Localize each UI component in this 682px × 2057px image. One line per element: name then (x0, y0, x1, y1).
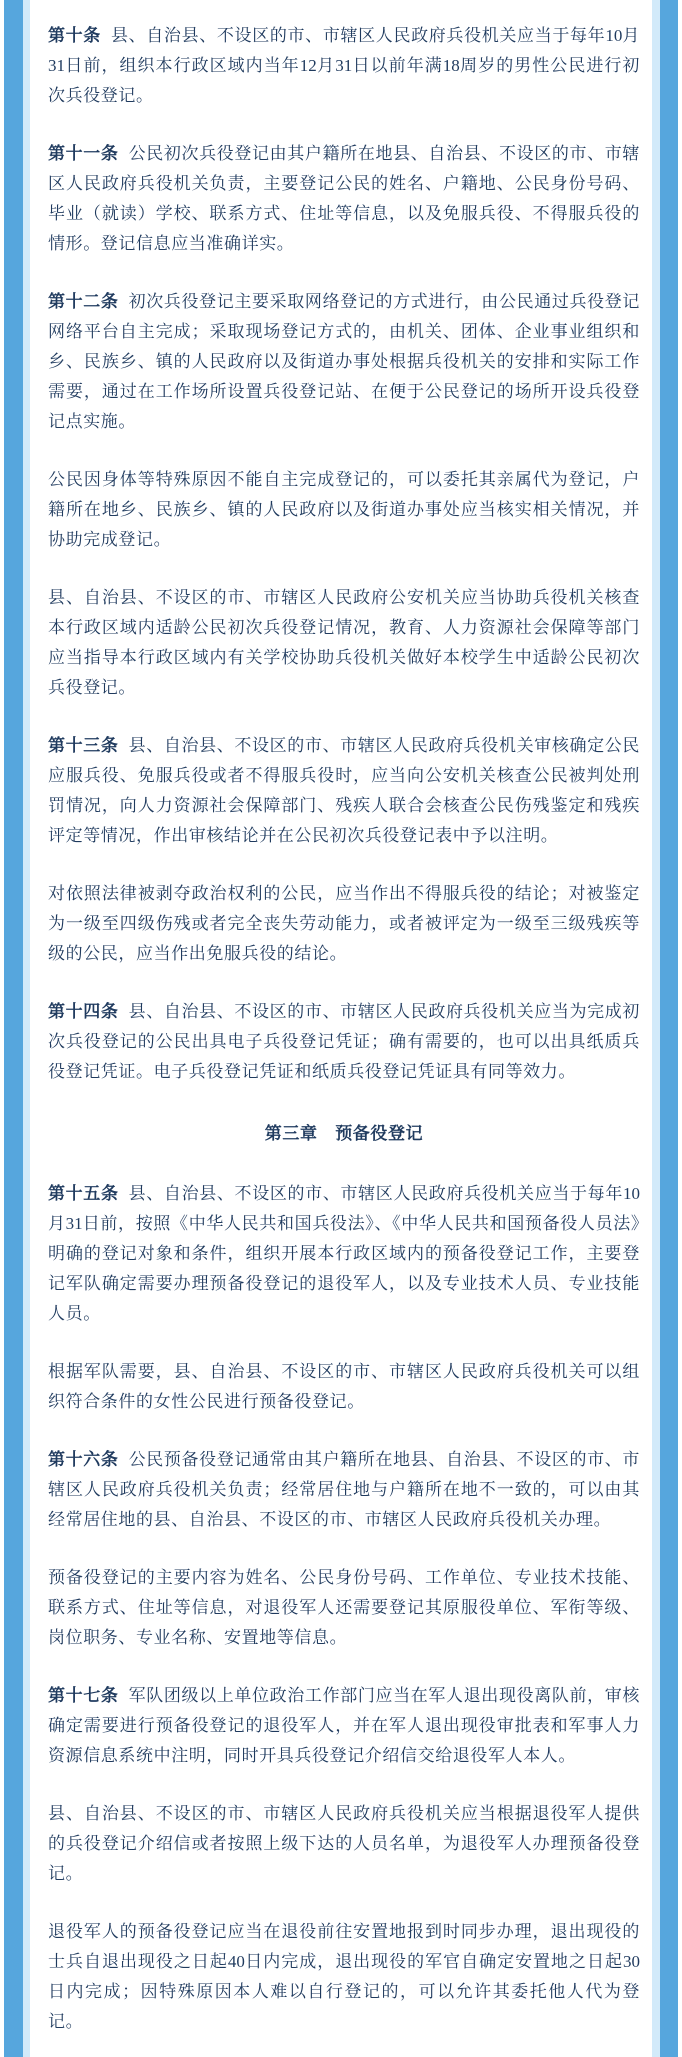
paragraph-text: 县、自治县、不设区的市、市辖区人民政府兵役机关应当根据退役军人提供的兵役登记介绍… (48, 1804, 640, 1883)
article-paragraph: 第十二条初次兵役登记主要采取网络登记的方式进行，由公民通过兵役登记网络平台自主完… (48, 287, 640, 437)
article-number: 第十四条 (48, 1002, 119, 1021)
body-paragraph: 县、自治县、不设区的市、市辖区人民政府兵役机关应当根据退役军人提供的兵役登记介绍… (48, 1799, 640, 1889)
article-paragraph: 第十一条公民初次兵役登记由其户籍所在地县、自治县、不设区的市、市辖区人民政府兵役… (48, 139, 640, 259)
article-number: 第十六条 (48, 1450, 119, 1469)
article-text: 公民初次兵役登记由其户籍所在地县、自治县、不设区的市、市辖区人民政府兵役机关负责… (48, 144, 640, 253)
article-paragraph: 第十七条军队团级以上单位政治工作部门应当在军人退出现役离队前，审核确定需要进行预… (48, 1681, 640, 1771)
document-page: 第十条县、自治县、不设区的市、市辖区人民政府兵役机关应当于每年10月31日前，组… (0, 0, 682, 2057)
paragraph-text: 退役军人的预备役登记应当在退役前往安置地报到时同步办理，退出现役的士兵自退出现役… (48, 1922, 640, 2031)
body-paragraph: 根据军队需要，县、自治县、不设区的市、市辖区人民政府兵役机关可以组织符合条件的女… (48, 1357, 640, 1417)
article-text: 初次兵役登记主要采取网络登记的方式进行，由公民通过兵役登记网络平台自主完成；采取… (48, 292, 640, 431)
paragraph-text: 对依照法律被剥夺政治权利的公民，应当作出不得服兵役的结论；对被鉴定为一级至四级伤… (48, 884, 640, 963)
article-number: 第十三条 (48, 736, 119, 755)
article-number: 第十七条 (48, 1686, 119, 1705)
paragraph-text: 县、自治县、不设区的市、市辖区人民政府公安机关应当协助兵役机关核查本行政区域内适… (48, 588, 640, 697)
article-number: 第十一条 (48, 144, 119, 163)
body-paragraph: 预备役登记的主要内容为姓名、公民身份号码、工作单位、专业技术技能、联系方式、住址… (48, 1563, 640, 1653)
paragraph-text: 根据军队需要，县、自治县、不设区的市、市辖区人民政府兵役机关可以组织符合条件的女… (48, 1362, 640, 1411)
chapter-heading-text: 第三章 预备役登记 (265, 1124, 423, 1143)
article-text: 军队团级以上单位政治工作部门应当在军人退出现役离队前，审核确定需要进行预备役登记… (48, 1686, 640, 1765)
article-paragraph: 第十六条公民预备役登记通常由其户籍所在地县、自治县、不设区的市、市辖区人民政府兵… (48, 1445, 640, 1535)
right-border-bar (660, 0, 678, 2057)
body-paragraph: 对依照法律被剥夺政治权利的公民，应当作出不得服兵役的结论；对被鉴定为一级至四级伤… (48, 879, 640, 969)
article-paragraph: 第十四条县、自治县、不设区的市、市辖区人民政府兵役机关应当为完成初次兵役登记的公… (48, 997, 640, 1087)
article-text: 县、自治县、不设区的市、市辖区人民政府兵役机关应当于每年10月31日前，组织本行… (48, 26, 640, 105)
article-text: 县、自治县、不设区的市、市辖区人民政府兵役机关应当为完成初次兵役登记的公民出具电… (48, 1002, 640, 1081)
right-border-accent-bar (652, 0, 660, 2057)
article-number: 第十二条 (48, 292, 119, 311)
article-text: 县、自治县、不设区的市、市辖区人民政府兵役机关应当于每年10月31日前，按照《中… (48, 1184, 640, 1323)
body-paragraph: 公民因身体等特殊原因不能自主完成登记的，可以委托其亲属代为登记，户籍所在地乡、民… (48, 465, 640, 555)
article-paragraph: 第十五条县、自治县、不设区的市、市辖区人民政府兵役机关应当于每年10月31日前，… (48, 1179, 640, 1329)
article-number: 第十五条 (48, 1184, 119, 1203)
document-body: 第十条县、自治县、不设区的市、市辖区人民政府兵役机关应当于每年10月31日前，组… (0, 0, 682, 2057)
article-paragraph: 第十条县、自治县、不设区的市、市辖区人民政府兵役机关应当于每年10月31日前，组… (48, 21, 640, 111)
article-number: 第十条 (48, 26, 101, 45)
body-paragraph: 县、自治县、不设区的市、市辖区人民政府公安机关应当协助兵役机关核查本行政区域内适… (48, 583, 640, 703)
article-text: 县、自治县、不设区的市、市辖区人民政府兵役机关审核确定公民应服兵役、免服兵役或者… (48, 736, 640, 845)
body-paragraph: 退役军人的预备役登记应当在退役前往安置地报到时同步办理，退出现役的士兵自退出现役… (48, 1917, 640, 2037)
paragraph-text: 公民因身体等特殊原因不能自主完成登记的，可以委托其亲属代为登记，户籍所在地乡、民… (48, 470, 640, 549)
article-text: 公民预备役登记通常由其户籍所在地县、自治县、不设区的市、市辖区人民政府兵役机关负… (48, 1450, 640, 1529)
article-paragraph: 第十三条县、自治县、不设区的市、市辖区人民政府兵役机关审核确定公民应服兵役、免服… (48, 731, 640, 851)
chapter-heading: 第三章 预备役登记 (48, 1119, 640, 1149)
paragraph-text: 预备役登记的主要内容为姓名、公民身份号码、工作单位、专业技术技能、联系方式、住址… (48, 1568, 640, 1647)
